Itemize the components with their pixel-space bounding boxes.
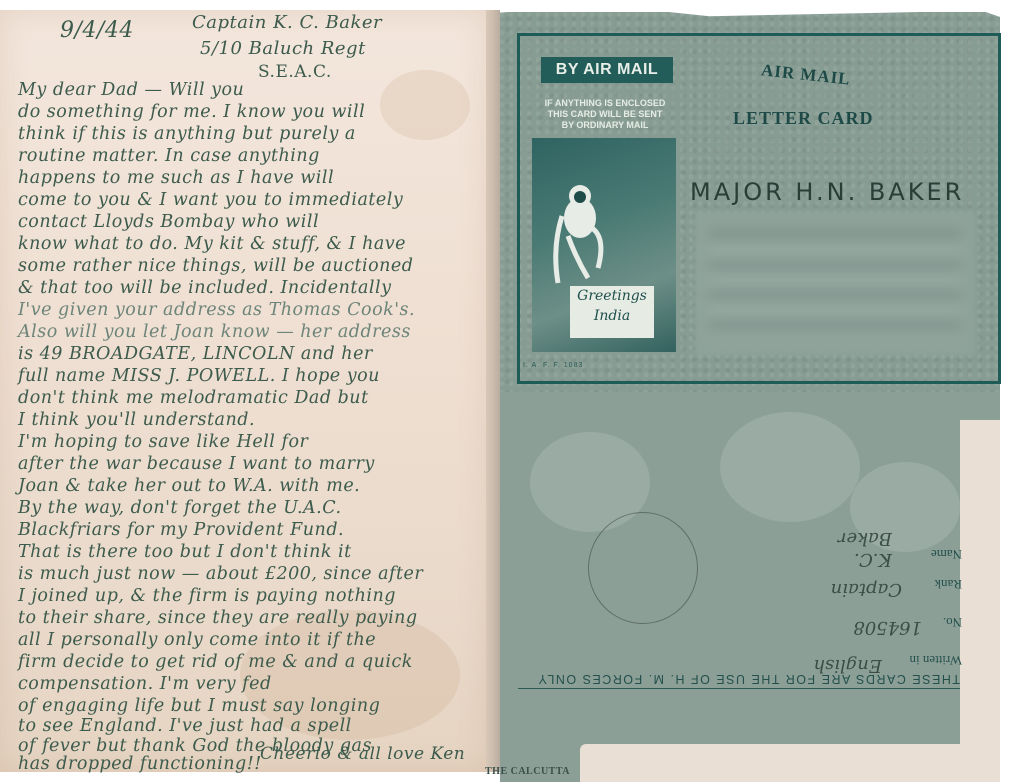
letter-line: know what to do. My kit & stuff, & I hav… [18,234,406,254]
letter-line: firm decide to get rid of me & and a qui… [18,652,413,672]
letter-line: I'm hoping to save like Hell for [18,432,308,452]
hm-forces-notice: THESE CARDS ARE FOR THE USE OF H. M. FOR… [518,672,960,689]
rank-label: Rank [935,576,962,592]
letter-line: after the war because I want to marry [18,454,375,474]
card-side-flap [960,420,1000,782]
printer-imprint: THE CALCUTTA [485,766,570,777]
print-code: I. A. F. F. 1083 [523,362,583,369]
written-in-row: Written in English [909,652,962,668]
name-label: Name [931,546,962,562]
letter-line: to their share, since they are really pa… [18,608,418,628]
letter-line: Blackfriars for my Provident Fund. [18,520,344,540]
redacted-address-block [695,212,975,355]
letter-line: Also will you let Joan know — her addres… [18,322,411,342]
postmark-stamp [588,512,698,624]
letter-line: happens to me such as I have will [18,168,334,188]
water-stain [380,70,470,140]
letter-line: all I personally only come into it if th… [18,630,376,650]
letter-line: I've given your address as Thomas Cook's… [18,300,415,320]
number-row: No. 164508 [943,614,962,630]
letter-line: That is there too but I don't think it [18,542,352,562]
name-value: K.C. Baker [838,528,892,570]
by-air-mail-label: BY AIR MAIL [541,57,673,83]
rank-value: Captain [831,579,902,600]
monkey-icon [548,178,608,288]
letter-line: Joan & take her out to W.A. with me. [18,476,360,496]
greeting-line: India [570,306,654,326]
letter-sender-command: S.E.A.C. [258,62,332,82]
greeting-line: Greetings [570,286,654,306]
greetings-from-india-label: Greetings India [570,286,654,338]
addressee-name: MAJOR H.N. BAKER [690,178,964,206]
letter-signoff: Cheerio & all love Ken [260,744,465,764]
letter-line: My dear Dad — Will you [18,80,244,100]
letter-line: do something for me. I know you will [18,102,365,122]
letter-line: is 49 BROADGATE, LINCOLN and her [18,344,373,364]
letter-line: routine matter. In case anything [18,146,320,166]
letter-line: is much just now — about £200, since aft… [18,564,423,584]
letter-line: come to you & I want you to immediately [18,190,403,210]
letter-line: contact Lloyds Bombay who will [18,212,319,232]
warning-line: THIS CARD WILL BE SENT [530,109,680,120]
letter-line: I think you'll understand. [18,410,255,430]
letter-line: of engaging life but I must say longing [18,696,380,716]
name-row: Name K.C. Baker [931,546,962,562]
letter-line: think if this is anything but purely a [18,124,356,144]
letter-line: to see England. I've just had a spell [18,716,352,736]
letter-line: I joined up, & the firm is paying nothin… [18,586,396,606]
letter-sender-regiment: 5/10 Baluch Regt [200,38,366,59]
card-bottom-flap [580,744,1000,782]
number-value: 164508 [853,617,922,638]
warning-line: BY ORDINARY MAIL [530,120,680,131]
letter-line: By the way, don't forget the U.A.C. [18,498,342,518]
letter-line: has dropped functioning!! [18,754,262,774]
warning-line: IF ANYTHING IS ENCLOSED [530,98,680,109]
rank-row: Rank Captain [935,576,962,592]
letter-line: & that too will be included. Incidentall… [18,278,391,298]
written-in-label: Written in [909,652,962,668]
letter-card-title: LETTER CARD [733,108,874,129]
page-fold [486,10,500,772]
enclosure-warning: IF ANYTHING IS ENCLOSED THIS CARD WILL B… [530,98,680,131]
letter-line: full name MISS J. POWELL. I hope you [18,366,380,386]
letter-line: compensation. I'm very fed [18,674,272,694]
number-label: No. [943,614,962,630]
letter-sender-name: Captain K. C. Baker [192,12,382,33]
watermark-pattern [720,412,860,522]
letter-line: don't think me melodramatic Dad but [18,388,369,408]
letter-date: 9/4/44 [60,18,134,43]
sender-details-block: Written in English No. 164508 Rank Capta… [730,548,962,668]
letter-line: some rather nice things, will be auction… [18,256,413,276]
